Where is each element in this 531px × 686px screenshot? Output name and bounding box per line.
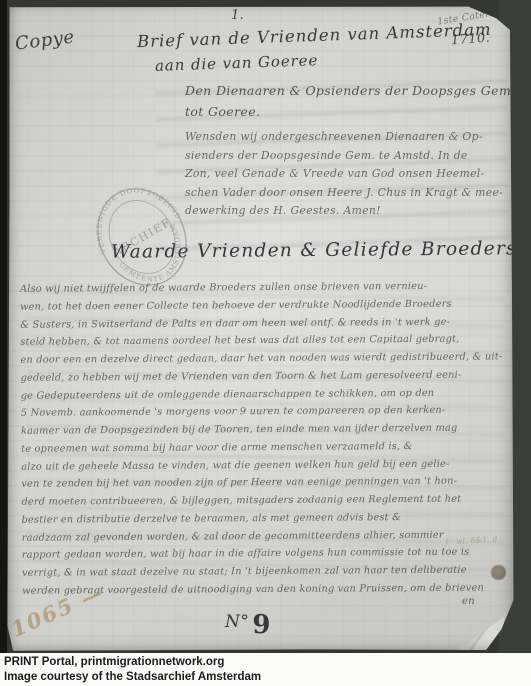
address-line: Den Dienaaren & Opsienders der Doopsges …: [185, 80, 511, 101]
letter-body: Also wij niet twijffelen of de waarde Br…: [20, 277, 518, 600]
address-block: Den Dienaaren & Opsienders der Doopsges …: [185, 80, 511, 122]
copy-annotation: Copye: [14, 26, 76, 54]
salutation-line: Wensden wij ondergeschreevenen Dienaaren…: [185, 128, 503, 147]
body-line: kaamer van de Doopsgezinden bij de Toore…: [21, 419, 517, 440]
salutation-line: schen Vader door onsen Heere J. Chus in …: [185, 184, 503, 203]
document-number-digit: 9: [252, 610, 271, 640]
closing-word: en: [462, 596, 475, 607]
caption-line-1: PRINT Portal, printmigrationnetwork.org: [4, 655, 531, 670]
salutation-line: Zon, veel Genade & Vreede van God onsen …: [185, 165, 503, 184]
salutation-line: dewerking des H. Geestes. Amen!: [185, 202, 503, 221]
body-line: derd moeten contribueeren, & bijleggen, …: [21, 490, 517, 511]
letter-title-line1: Brief van de Vrienden van Amsterdam: [137, 20, 492, 51]
footer-caption: PRINT Portal, printmigrationnetwork.org …: [0, 653, 531, 686]
manuscript-paper: Copye 1. 1ste Catern 1710. Brief van de …: [7, 4, 514, 652]
letter-title-line2: aan die van Goeree: [155, 51, 319, 75]
salutation-line: sienders der Doopsgesinde Gem. te Amstd.…: [185, 147, 503, 166]
body-line: gedeeld, zo hebben wij met de Vrienden v…: [21, 366, 517, 387]
collection-dot: [491, 565, 506, 580]
address-line: tot Goeree.: [185, 101, 511, 122]
caption-line-2: Image courtesy of the Stadsarchief Amste…: [4, 670, 531, 685]
document-number: N°9: [225, 610, 271, 640]
salutation-block: Wensden wij ondergeschreevenen Dienaaren…: [185, 128, 503, 221]
page-number: 1.: [231, 8, 244, 23]
stamp-center-text: ARCHIEF: [110, 216, 173, 260]
document-number-prefix: N°: [225, 612, 249, 632]
